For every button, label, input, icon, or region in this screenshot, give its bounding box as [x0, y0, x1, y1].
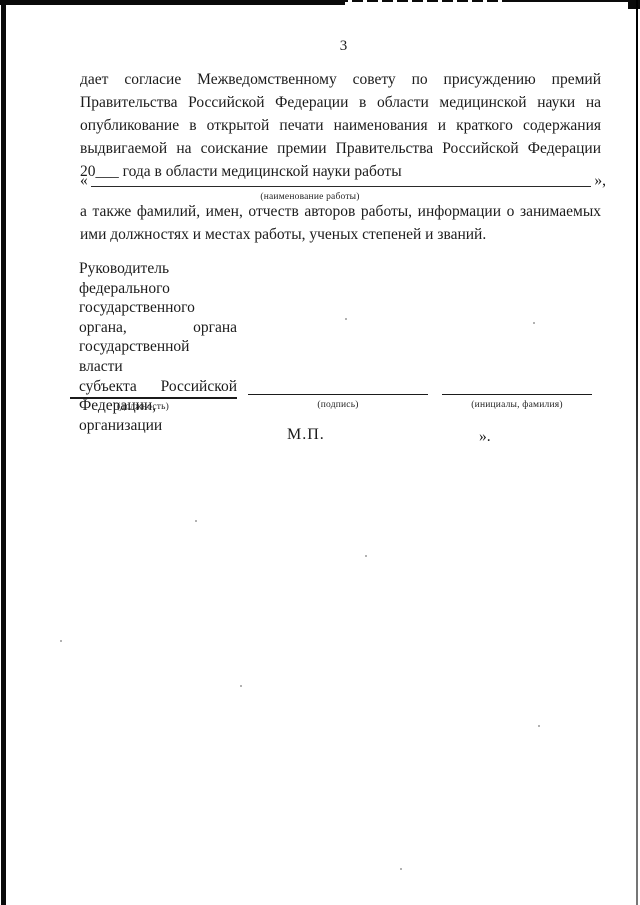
paragraph-consent: дает согласие Межведомственному совету п…: [80, 68, 601, 183]
scan-speckle: [240, 685, 242, 687]
scan-border-top-fade: [345, 2, 640, 5]
page-number: 3: [46, 38, 640, 55]
rule-position: [70, 397, 237, 399]
scan-border-left: [1, 0, 6, 905]
sig-position-line: субъекта Российской: [79, 377, 237, 397]
rule-name: [442, 394, 592, 395]
sig-position-line: органа, органа: [79, 318, 237, 338]
scan-speckle: [345, 318, 347, 320]
scan-speckle: [533, 322, 535, 324]
rule-signature: [248, 394, 428, 395]
sig-position-line: государственного: [79, 298, 237, 318]
caption-name: (инициалы, фамилия): [442, 400, 592, 410]
scan-border-top-dashes: [348, 0, 513, 2]
scan-speckle: [365, 555, 367, 557]
scan-border-corner-top-right: [628, 0, 640, 9]
work-title-underline: [91, 167, 592, 187]
caption-position: (должность): [60, 402, 226, 412]
scan-speckle: [195, 520, 197, 522]
scan-speckle: [60, 640, 62, 642]
open-quote-mark: «: [80, 172, 88, 190]
scan-speckle: [400, 868, 402, 870]
sig-position-line: федерального: [79, 279, 237, 299]
blank-work-title-line: « »,: [80, 171, 606, 190]
sig-position-line: государственной власти: [79, 337, 237, 376]
sig-position-line: Руководитель: [79, 259, 237, 279]
close-quote-mark: »,: [594, 172, 606, 190]
scan-speckle: [538, 725, 540, 727]
caption-signature: (подпись): [248, 400, 428, 410]
scan-border-right: [636, 0, 638, 905]
paragraph-authors: а также фамилий, имен, отчеств авторов р…: [80, 200, 601, 246]
scanned-document-page: 3 дает согласие Межведомственному совету…: [0, 0, 640, 905]
closing-quote-mark: ».: [479, 428, 491, 446]
seal-mark: М.П.: [287, 426, 325, 444]
